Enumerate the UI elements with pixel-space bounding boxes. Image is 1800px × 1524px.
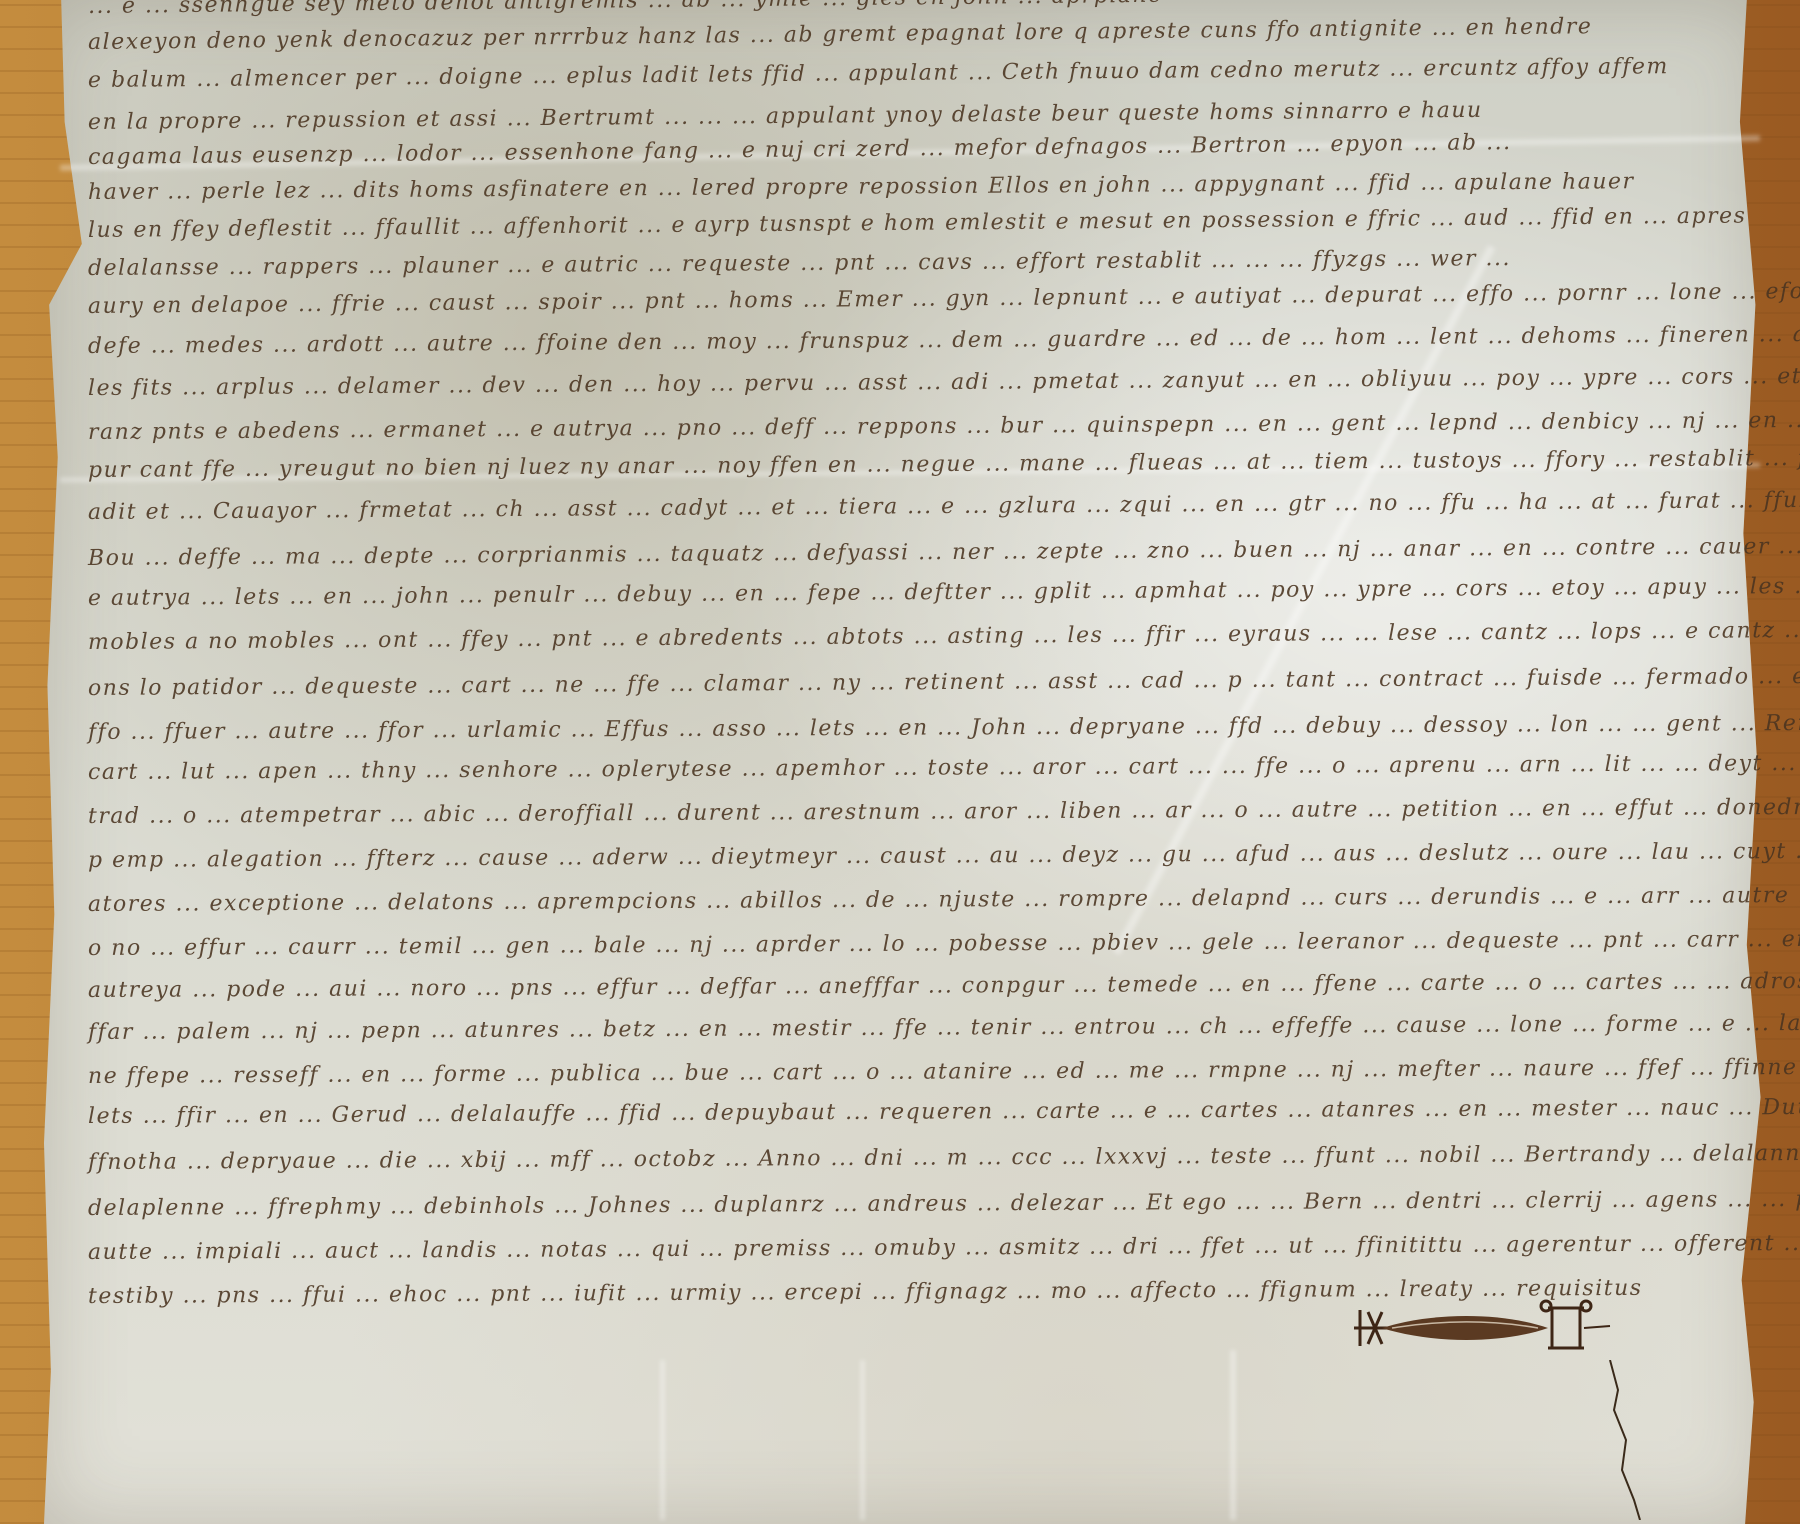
notarial-signum-icon — [1352, 1298, 1612, 1358]
parchment-tear — [1600, 1360, 1660, 1520]
fold-crease — [1230, 1350, 1236, 1520]
fold-crease — [660, 1360, 665, 1520]
fold-crease — [860, 1360, 865, 1520]
